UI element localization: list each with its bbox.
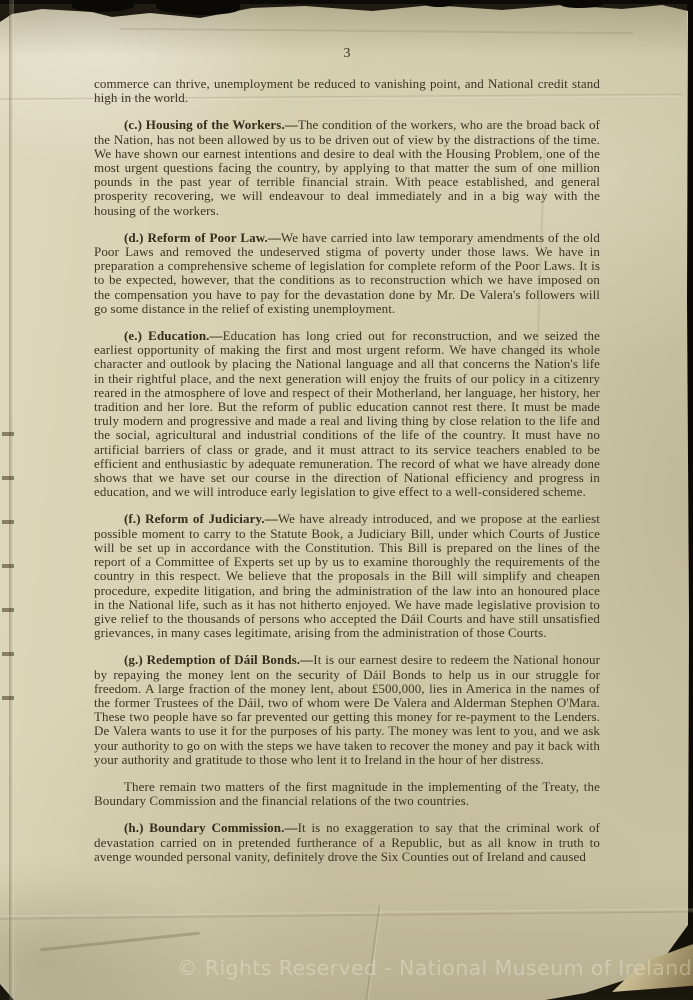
paragraph-label: (e.) Education.— xyxy=(124,328,223,343)
page-content: 3 commerce can thrive, unemployment be r… xyxy=(94,46,600,877)
paragraph-label: (d.) Reform of Poor Law.— xyxy=(124,230,281,245)
paragraph-text: Education has long cried out for reconst… xyxy=(94,328,600,499)
paragraph-text: We have already introduced, and we propo… xyxy=(94,511,600,640)
paragraph-text: commerce can thrive, unemployment be red… xyxy=(94,76,600,105)
paragraph: There remain two matters of the first ma… xyxy=(94,780,600,808)
paragraph: (e.) Education.—Education has long cried… xyxy=(94,329,600,499)
torn-edge-mark xyxy=(72,0,134,12)
paragraph-text: There remain two matters of the first ma… xyxy=(94,779,600,808)
paragraph-text: It is our earnest desire to redeem the N… xyxy=(94,652,600,766)
paragraph: (f.) Reform of Judiciary.—We have alread… xyxy=(94,512,600,640)
page-number: 3 xyxy=(94,46,600,62)
paragraph-label: (h.) Boundary Commission.— xyxy=(124,820,298,835)
paragraph-label: (f.) Reform of Judiciary.— xyxy=(124,511,278,526)
paragraph: (c.) Housing of the Workers.—The conditi… xyxy=(94,118,600,217)
paragraph-label: (c.) Housing of the Workers.— xyxy=(124,117,298,132)
paragraph: (g.) Redemption of Dáil Bonds.—It is our… xyxy=(94,653,600,767)
paragraph-text: The condition of the workers, who are th… xyxy=(94,117,600,217)
document-photo: 3 commerce can thrive, unemployment be r… xyxy=(0,0,693,1000)
paragraph: (d.) Reform of Poor Law.—We have carried… xyxy=(94,231,600,316)
paragraph: commerce can thrive, unemployment be red… xyxy=(94,77,600,105)
paragraph-label: (g.) Redemption of Dáil Bonds.— xyxy=(124,652,313,667)
paragraph: (h.) Boundary Commission.—It is no exagg… xyxy=(94,821,600,864)
